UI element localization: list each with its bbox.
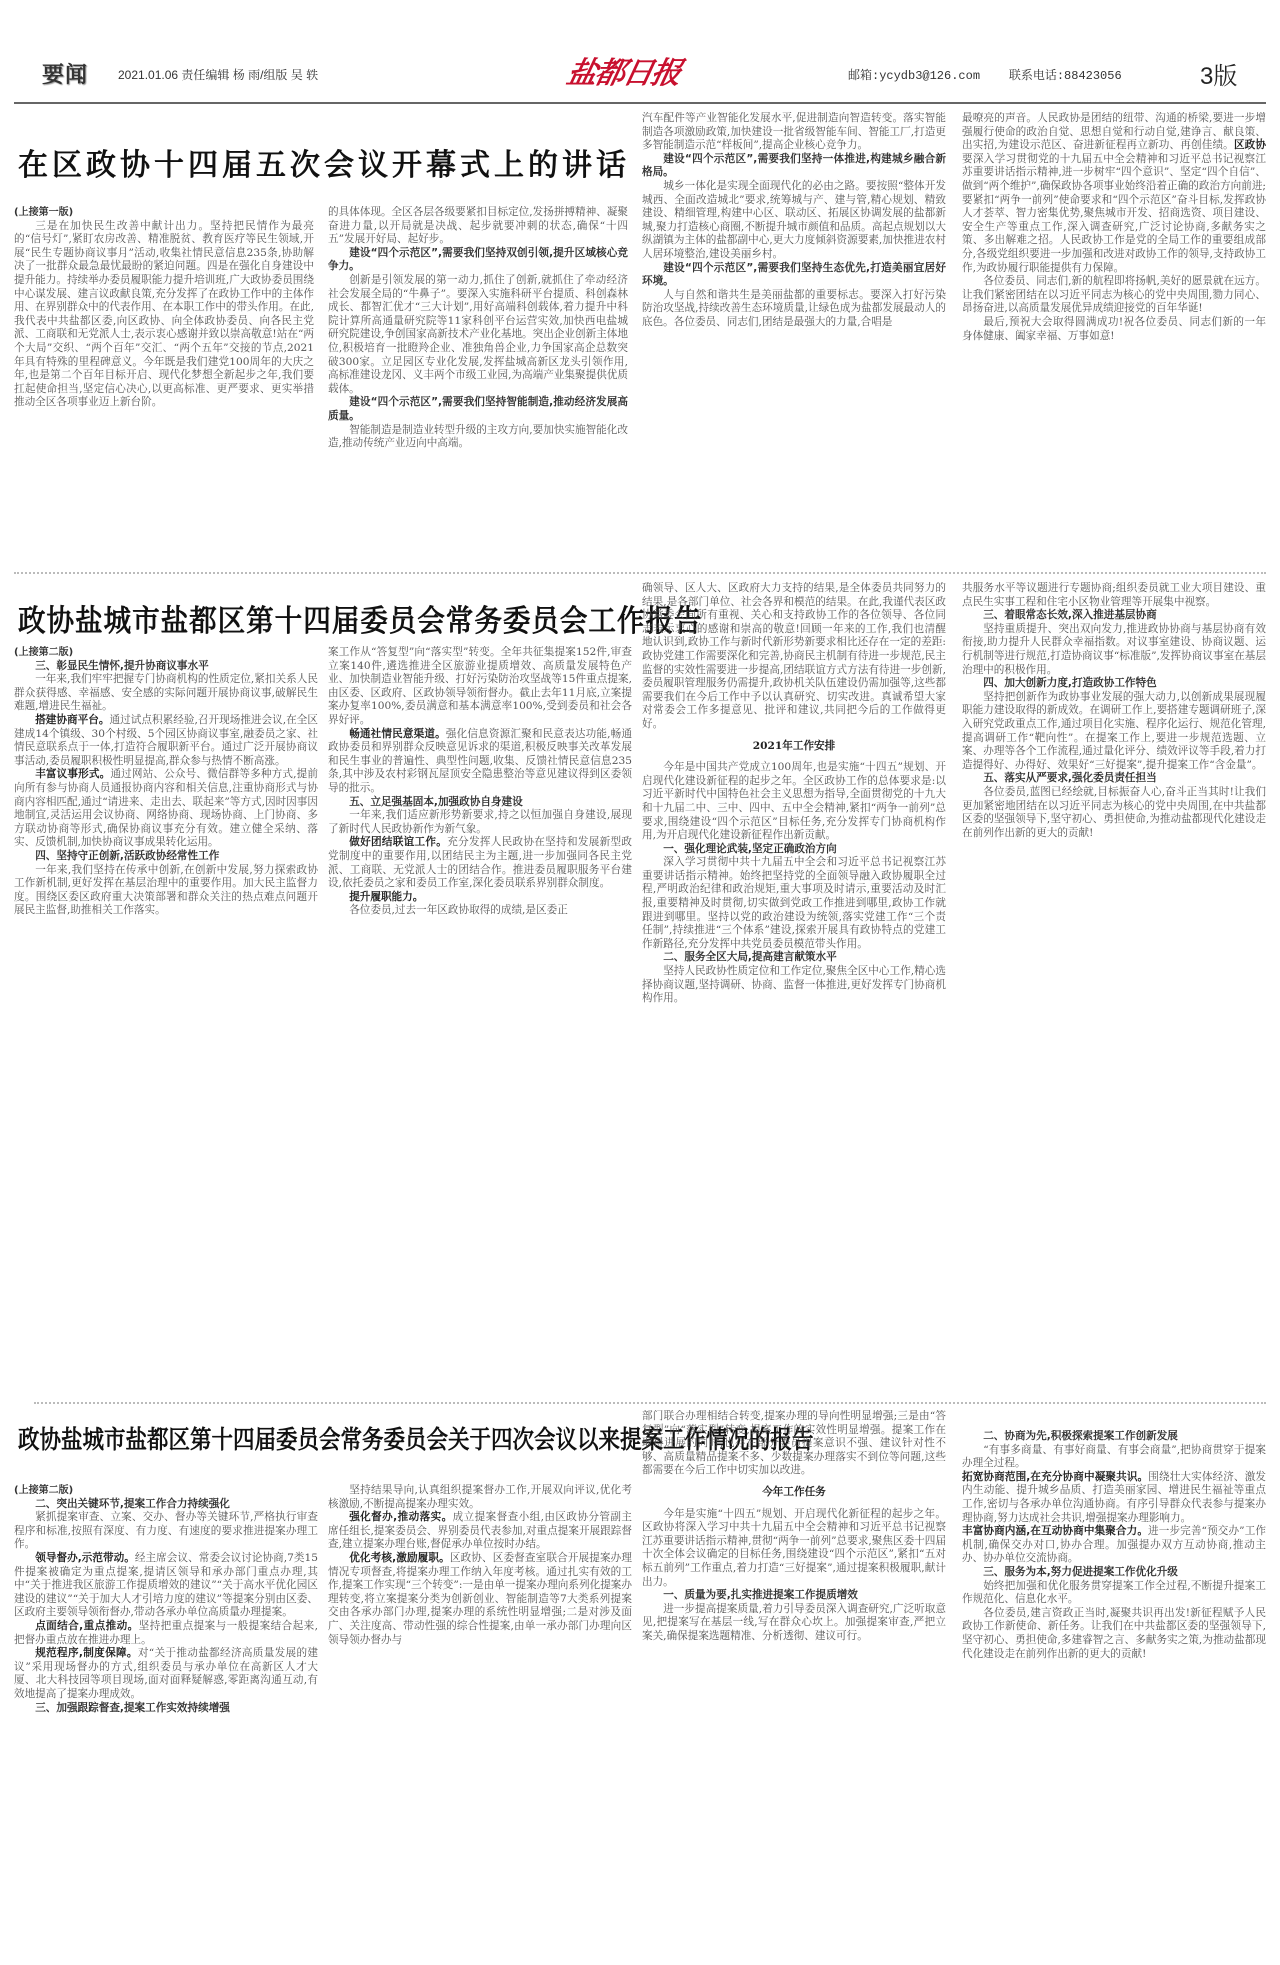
subheading: 三、彰显民生情怀,提升协商议事水平 [14, 660, 318, 674]
paragraph: 今年是实施“十四五”规划、开启现代化新征程的起步之年。区政协将深入学习中共十九届… [642, 1508, 946, 1590]
header-rule [14, 102, 1266, 104]
paragraph: 城乡一体化是实现全面现代化的必由之路。要按照“整体开发城西、全面改造城北”要求,… [642, 180, 946, 262]
paragraph: 丰富议事形式。通过网站、公众号、微信群等多种方式,提前向所有参与协商人员通报协商… [14, 768, 318, 850]
phone: 联系电话:88423056 [1009, 69, 1122, 83]
paragraph: 坚持结果导向,认真组织提案督办工作,开展双向评议,优化考核激励,不断提高提案办理… [328, 1484, 632, 1511]
subheading: 建设“四个示范区”,需要我们坚持生态优先,打造美丽宜居好环境。 [642, 262, 946, 289]
paragraph: 优化考核,激励履职。区政协、区委督查室联合开展提案办理情况专项督查,将提案办理工… [328, 1552, 632, 1647]
text: 要深入学习贯彻党的十九届五中全会精神和习近平总书记视察江苏重要讲话指示精神,进一… [962, 153, 1266, 274]
lead-in: 拓宽协商范围,在充分协商中凝聚共识。 [962, 1471, 1148, 1483]
editor-credits: 责任编辑 杨 雨/组版 吴 轶 [181, 68, 318, 82]
paragraph: 搭建协商平台。通过试点积累经验,召开现场推进会议,在全区建成14个镇级、30个村… [14, 714, 318, 768]
continued-label: (上接第二版) [14, 1484, 318, 1498]
article2-column-1: (上接第二版) 三、彰显民生情怀,提升协商议事水平 一年来,我们牢牢把握专门协商… [14, 646, 318, 1386]
article3-column-4: 二、协商为先,积极探索提案工作创新发展 “有事多商量、有事好商量、有事会商量”,… [962, 1430, 1266, 1962]
paragraph: 丰富协商内涵,在互动协商中集聚合力。进一步完善“预交办”工作机制,确保交办对口,… [962, 1525, 1266, 1566]
paragraph: 创新是引领发展的第一动力,抓住了创新,就抓住了牵动经济社会发展全局的“牛鼻子”。… [328, 274, 628, 396]
subheading: 五、立足强基固本,加强政协自身建设 [328, 796, 632, 810]
paragraph: 各位委员,蓝图已经绘就,目标振奋人心,奋斗正当其时!让我们更加紧密地团结在以习近… [962, 786, 1266, 840]
lead-in: 丰富议事形式。 [35, 768, 110, 780]
paragraph: “有事多商量、有事好商量、有事会商量”,把协商贯穿于提案办理全过程。 [962, 1444, 1266, 1471]
paragraph: 规范程序,制度保障。对“关于推动盐都经济高质量发展的建议”采用现场督办的方式,组… [14, 1647, 318, 1701]
subheading: 五、落实从严要求,强化委员责任担当 [962, 772, 1266, 786]
lead-in: 丰富协商内涵,在互动协商中集聚合力。 [962, 1525, 1148, 1537]
subheading: 三、服务为本,努力促进提案工作优化升级 [962, 1566, 1266, 1580]
paragraph: 畅通社情民意渠道。强化信息资源汇聚和民意表达功能,畅通政协委员和界别群众反映意见… [328, 728, 632, 796]
paragraph: 案工作从“答复型”向“落实型”转变。全年共征集提案152件,审查立案140件,遴… [328, 646, 632, 728]
paragraph: 进一步提高提案质量,着力引导委员深入调查研究,广泛听取意见,把提案写在基层一线,… [642, 1603, 946, 1644]
paragraph: 一年来,我们坚持在传承中创新,在创新中发展,努力探索政协工作新机制,更好发挥在基… [14, 864, 318, 918]
paragraph: 各位委员,建言资政正当时,凝聚共识再出发!新征程赋予人民政协工作新使命、新任务。… [962, 1607, 1266, 1661]
article3-column-2: 坚持结果导向,认真组织提案督办工作,开展双向评议,优化考核激励,不断提高提案办理… [328, 1484, 632, 1962]
paragraph: 始终把加强和优化服务贯穿提案工作全过程,不断提升提案工作规范化、信息化水平。 [962, 1580, 1266, 1607]
paragraph: 坚持把创新作为政协事业发展的强大动力,以创新成果展现履职能力建设取得的新成效。在… [962, 691, 1266, 773]
paragraph: 各位委员,过去一年区政协取得的成绩,是区委正 [328, 904, 632, 918]
text: 区政协、区委督查室联合开展提案办理情况专项督查,将提案办理工作纳入年度考核。通过… [328, 1552, 632, 1646]
lead-in: 领导督办,示范带动。 [35, 1552, 135, 1564]
article1-title: 在区政协十四届五次会议开幕式上的讲话 [18, 140, 630, 184]
lead-in: 点面结合,重点推动。 [35, 1620, 138, 1632]
paragraph: 部门联合办理相结合转变,提案办理的导向性明显增强;三是由“答复型”向“落实型”转… [642, 1410, 946, 1478]
paragraph: 确领导、区人大、区政府大力支持的结果,是全体委员共同努力的结果,是各部门单位、社… [642, 582, 946, 732]
subheading: 建设“四个示范区”,需要我们坚持双创引领,提升区域核心竞争力。 [328, 247, 628, 274]
email: 邮箱:ycydb3@126.com [848, 69, 980, 83]
lead-in: 强化督办,推动落实。 [349, 1511, 452, 1523]
paragraph: 最嘹亮的声音。人民政协是团结的纽带、沟通的桥梁,要进一步增强履行使命的政治自觉、… [962, 112, 1266, 275]
text: 最嘹亮的声音。人民政协是团结的纽带、沟通的桥梁,要进一步增强履行使命的政治自觉、… [962, 112, 1266, 151]
paragraph: 拓宽协商范围,在充分协商中凝聚共识。围绕壮大实体经济、激发内生动能、提升城乡品质… [962, 1471, 1266, 1525]
continued-label: (上接第一版) [14, 206, 314, 220]
subheading: 一、强化理论武装,坚定正确政治方向 [642, 843, 946, 857]
paragraph: 提升履职能力。 [328, 891, 632, 905]
issue-date: 2021.01.06 [118, 68, 178, 82]
paragraph: 人与自然和谐共生是美丽盐都的重要标志。要深入打好污染防治攻坚战,持续改善生态环境… [642, 289, 946, 330]
paragraph: 深入学习贯彻中共十九届五中全会和习近平总书记视察江苏重要讲话指示精神。始终把坚持… [642, 856, 946, 951]
subheading: 二、突出关键环节,提案工作合力持续强化 [14, 1498, 318, 1512]
article2-column-3: 确领导、区人大、区政府大力支持的结果,是全体委员共同努力的结果,是各部门单位、社… [642, 582, 946, 1386]
paragraph: 紧抓提案审查、立案、交办、督办等关键环节,严格执行审查程序和标准,按照有深度、有… [14, 1511, 318, 1552]
paragraph: 领导督办,示范带动。经主席会议、常委会议讨论协商,7类15件提案被确定为重点提案… [14, 1552, 318, 1620]
paragraph: 坚持重质提升、突出双向发力,推进政协协商与基层协商有效衔接,助力提升人民群众幸福… [962, 623, 1266, 677]
subheading: 三、着眼常态长效,深入推进基层协商 [962, 609, 1266, 623]
contact-info: 邮箱:ycydb3@126.com 联系电话:88423056 [848, 66, 1122, 83]
subheading: 一、质量为要,扎实推进提案工作提质增效 [642, 1589, 946, 1603]
paragraph: 做好团结联谊工作。充分发挥人民政协在坚持和发展新型政党制度中的重要作用,以团结民… [328, 836, 632, 890]
paragraph: 一年来,我们适应新形势新要求,持之以恒加强自身建设,展现了新时代人民政协新作为新… [328, 809, 632, 836]
subheading: 二、服务全区大局,提高建言献策水平 [642, 951, 946, 965]
newspaper-logo: 盐都日报 [563, 48, 684, 92]
paragraph: 坚持人民政协性质定位和工作定位,聚焦全区中心工作,精心选择协商议题,坚持调研、协… [642, 965, 946, 1006]
article1-column-2: 的具体体现。全区各层各级要紧扣目标定位,发扬拼搏精神、凝聚奋进力量,以开局就是决… [328, 206, 628, 564]
subheading: 四、坚持守正创新,活跃政协经常性工作 [14, 850, 318, 864]
article2-title: 政协盐城市盐都区第十四届委员会常务委员会工作报告 [18, 596, 702, 640]
article1-column-4: 最嘹亮的声音。人民政协是团结的纽带、沟通的桥梁,要进一步增强履行使命的政治自觉、… [962, 112, 1266, 564]
article3-column-1: (上接第二版) 二、突出关键环节,提案工作合力持续强化 紧抓提案审查、立案、交办… [14, 1484, 318, 1962]
article1-column-3: 汽车配件等产业智能化发展水平,促进制造向智造转变。落实智能制造各项激励政策,加快… [642, 112, 946, 564]
paragraph: 共服务水平等议题进行专题协商;组织委员就工业大项目建设、重点民生实事工程和住宅小… [962, 582, 1266, 609]
paragraph: 的具体体现。全区各层各级要紧扣目标定位,发扬拼搏精神、凝聚奋进力量,以开局就是决… [328, 206, 628, 247]
section-heading: 2021年工作安排 [642, 740, 946, 754]
paragraph: 一年来,我们牢牢把握专门协商机构的性质定位,紧扣关系人民群众获得感、幸福感、安全… [14, 673, 318, 714]
masthead: 要闻 2021.01.06 责任编辑 杨 雨/组版 吴 轶 盐都日报 邮箱:yc… [0, 0, 1280, 102]
continued-label: (上接第二版) [14, 646, 318, 660]
lead-in: 规范程序,制度保障。 [35, 1647, 138, 1659]
article2-column-2: 案工作从“答复型”向“落实型”转变。全年共征集提案152件,审查立案140件,遴… [328, 646, 632, 1386]
paragraph: 今年是中国共产党成立100周年,也是实施“十四五”规划、开启现代化建设新征程的起… [642, 761, 946, 843]
subheading: 四、加大创新力度,打造政协工作特色 [962, 677, 1266, 691]
article3-column-3: 部门联合办理相结合转变,提案办理的导向性明显增强;三是由“答复型”向“落实型”转… [642, 1410, 946, 1962]
paragraph: 强化督办,推动落实。成立提案督查小组,由区政协分管副主席任组长,提案委员会、界别… [328, 1511, 632, 1552]
article1-column-1: (上接第一版) 三是在加快民生改善中献计出力。坚持把民情作为最亮的“信号灯”,紧… [14, 206, 314, 564]
lead-in: 搭建协商平台。 [35, 714, 109, 726]
lead-in: 提升履职能力。 [349, 891, 423, 903]
page-number: 3版 [1200, 56, 1237, 91]
paragraph: 点面结合,重点推动。坚持把重点提案与一般提案结合起来,把督办重点放在推进办理上。 [14, 1620, 318, 1647]
subheading: 三、加强跟踪督查,提案工作实效持续增强 [14, 1702, 318, 1716]
lead-in: 畅通社情民意渠道。 [349, 728, 446, 740]
lead-in: 优化考核,激励履职。 [349, 1552, 450, 1564]
lead-in: 做好团结联谊工作。 [349, 836, 447, 848]
subheading: 建设“四个示范区”,需要我们坚持智能制造,推动经济发展高质量。 [328, 396, 628, 423]
issue-meta: 2021.01.06 责任编辑 杨 雨/组版 吴 轶 [118, 66, 318, 83]
paragraph: 三是在加快民生改善中献计出力。坚持把民情作为最亮的“信号灯”,紧盯农房改善、精准… [14, 220, 314, 410]
paragraph: 各位委员、同志们,新的航程即将扬帆,美好的愿景就在远方。让我们紧密团结在以习近平… [962, 275, 1266, 316]
section-name: 要闻 [42, 58, 88, 89]
paragraph: 智能制造是制造业转型升级的主攻方向,要加快实施智能化改造,推动传统产业迈向中高端… [328, 424, 628, 451]
bold-text: 区政协 [1234, 139, 1266, 151]
section-divider [14, 572, 1266, 574]
paragraph: 最后,预祝大会取得圆满成功!祝各位委员、同志们新的一年身体健康、阖家幸福、万事如… [962, 316, 1266, 343]
section-divider [34, 1402, 1266, 1404]
section-heading: 今年工作任务 [642, 1486, 946, 1500]
paragraph: 汽车配件等产业智能化发展水平,促进制造向智造转变。落实智能制造各项激励政策,加快… [642, 112, 946, 153]
subheading: 二、协商为先,积极探索提案工作创新发展 [962, 1430, 1266, 1444]
subheading: 建设“四个示范区”,需要我们坚持一体推进,构建城乡融合新格局。 [642, 153, 946, 180]
article2-column-4: 共服务水平等议题进行专题协商;组织委员就工业大项目建设、重点民生实事工程和住宅小… [962, 582, 1266, 1386]
